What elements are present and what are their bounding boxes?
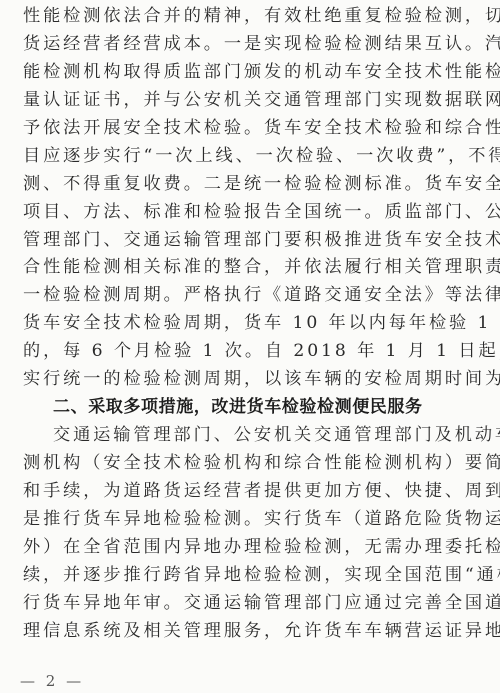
paragraph-1-line: 目应逐步实行“一次上线、一次检验、一次收费”，不得重复检验检: [23, 143, 475, 171]
paragraph-2-line: 测机构（安全技术检验机构和综合性能检测机构）要简化办事流程: [23, 450, 475, 478]
paragraph-1-line: 管理部门、交通运输管理部门要积极推进货车安全技术检验和综: [23, 227, 475, 255]
paragraph-1-line: 实行统一的检验检测周期，以该车辆的安检周期时间为准。: [23, 366, 475, 394]
paragraph-2-line: 和手续，为道路货运经营者提供更加方便、快捷、周到的服务。一: [23, 478, 475, 506]
paragraph-1-line: 项目、方法、标准和检验报告全国统一。质监部门、公安机关交通: [23, 199, 475, 227]
section-heading: 二、采取多项措施，改进货车检验检测便民服务: [23, 394, 475, 422]
body-text: 性能检测依法合并的精神，有效杜绝重复检验检测，切实降低道路 货运经营者经营成本。…: [23, 3, 475, 646]
document-page: 性能检测依法合并的精神，有效杜绝重复检验检测，切实降低道路 货运经营者经营成本。…: [0, 0, 500, 693]
paragraph-2-line: 是推行货车异地检验检测。实行货车（道路危险货物运输车辆除: [23, 506, 475, 534]
paragraph-1-line: 予依法开展安全技术检验。货车安全技术检验和综合性能检测项: [23, 115, 475, 143]
paragraph-2-line: 行货车异地年审。交通运输管理部门应通过完善全国道路运政管: [23, 590, 475, 618]
paragraph-2-line: 交通运输管理部门、公安机关交通管理部门及机动车检验检: [23, 422, 475, 450]
paragraph-1-line: 测、不得重复收费。二是统一检验检测标准。货车安全技术检验: [23, 171, 475, 199]
page-number: — 2 —: [20, 672, 84, 690]
paragraph-1-line: 能检测机构取得质监部门颁发的机动车安全技术性能检验机构计: [23, 59, 475, 87]
paragraph-1-line: 量认证证书，并与公安机关交通管理部门实现数据联网监管的，准: [23, 87, 475, 115]
paragraph-1-line: 性能检测依法合并的精神，有效杜绝重复检验检测，切实降低道路: [23, 3, 475, 31]
paragraph-1-line: 货车安全技术检验周期，货车 10 年以内每年检验 1 次，超过 10 年: [23, 310, 475, 338]
paragraph-1-line: 合性能检测相关标准的整合，并依法履行相关管理职责。三是统: [23, 254, 475, 282]
paragraph-1-line: 的，每 6 个月检验 1 次。自 2018 年 1 月 1 日起，货车的综检、安…: [23, 338, 475, 366]
paragraph-2-line: 理信息系统及相关管理服务，允许货车车辆营运证异地年审（道路: [23, 618, 475, 646]
paragraph-2-line: 外）在全省范围内异地办理检验检测，无需办理委托检验检测手: [23, 534, 475, 562]
paragraph-1-line: 一检验检测周期。严格执行《道路交通安全法》等法律法规规定的: [23, 282, 475, 310]
paragraph-1-line: 货运经营者经营成本。一是实现检验检测结果互认。汽车综合性: [23, 31, 475, 59]
paragraph-2-line: 续，并逐步推行跨省异地检验检测，实现全国范围“通检”。二是推: [23, 562, 475, 590]
